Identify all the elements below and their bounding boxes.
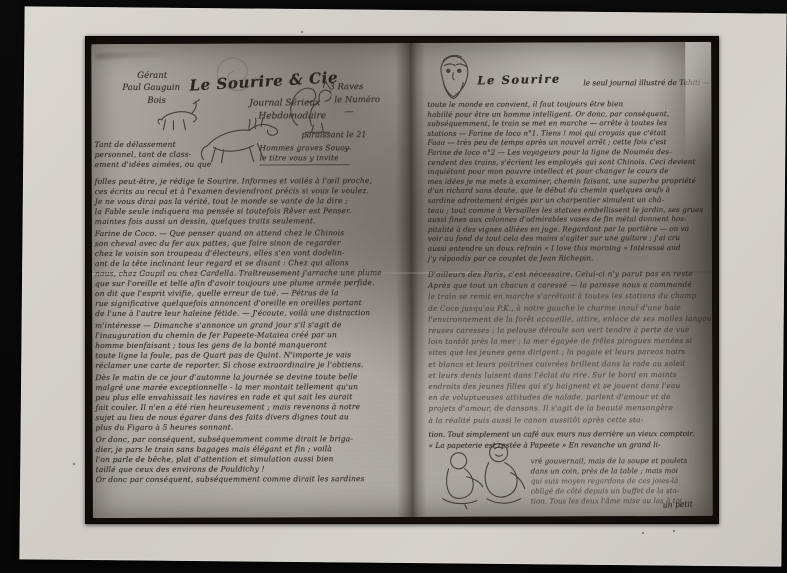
price-line2: le Numéro xyxy=(334,95,380,105)
mat-speck xyxy=(642,532,644,534)
deer-sketch xyxy=(153,98,201,134)
two-seated-figures-sketch xyxy=(437,435,537,513)
issue-note: paraissant le 21 xyxy=(301,130,366,139)
top-right-torn-edge xyxy=(685,42,711,162)
left-paragraph-3: m'intéresse — Dimanche s'annonce un gran… xyxy=(95,320,363,371)
left-paragraph-5: Or donc, par conséquent, subséquemment c… xyxy=(96,434,365,485)
left-page: Gérant Paul Gauguin Bois Le Sourire & Ci… xyxy=(91,43,407,518)
manager-role: Gérant xyxy=(137,71,167,81)
intro-left-column: Tant de délassementpersonnel, tant de cl… xyxy=(95,140,212,170)
right-masthead-title: Le Sourire xyxy=(477,72,561,88)
photograph-of-gauguin-le-sourire-manuscript: Gérant Paul Gauguin Bois Le Sourire & Ci… xyxy=(0,0,787,573)
manager-name: Paul Gauguin xyxy=(122,83,180,93)
manuscript-sheet: Gérant Paul Gauguin Bois Le Sourire & Ci… xyxy=(91,42,713,518)
photo-area: Gérant Paul Gauguin Bois Le Sourire & Ci… xyxy=(85,36,719,524)
bearded-face-sketch xyxy=(435,53,473,105)
price-line1: 3 Raves xyxy=(329,82,363,92)
fox-with-curled-tail-sketch xyxy=(285,79,331,137)
dash-mark: — xyxy=(344,107,354,117)
mat-speck xyxy=(73,463,75,465)
mat-speck xyxy=(673,530,675,532)
left-paragraph-1: folles peut-être, je rédige le Sourire. … xyxy=(95,176,373,227)
left-paragraph-4: Dès le matin de ce jour d'automne la jou… xyxy=(95,372,360,433)
faint-pencil-smudge xyxy=(95,50,173,59)
mat-speck xyxy=(301,31,303,33)
intro-right-column: Hommes graves Soucyle titre vous y invit… xyxy=(260,143,350,165)
